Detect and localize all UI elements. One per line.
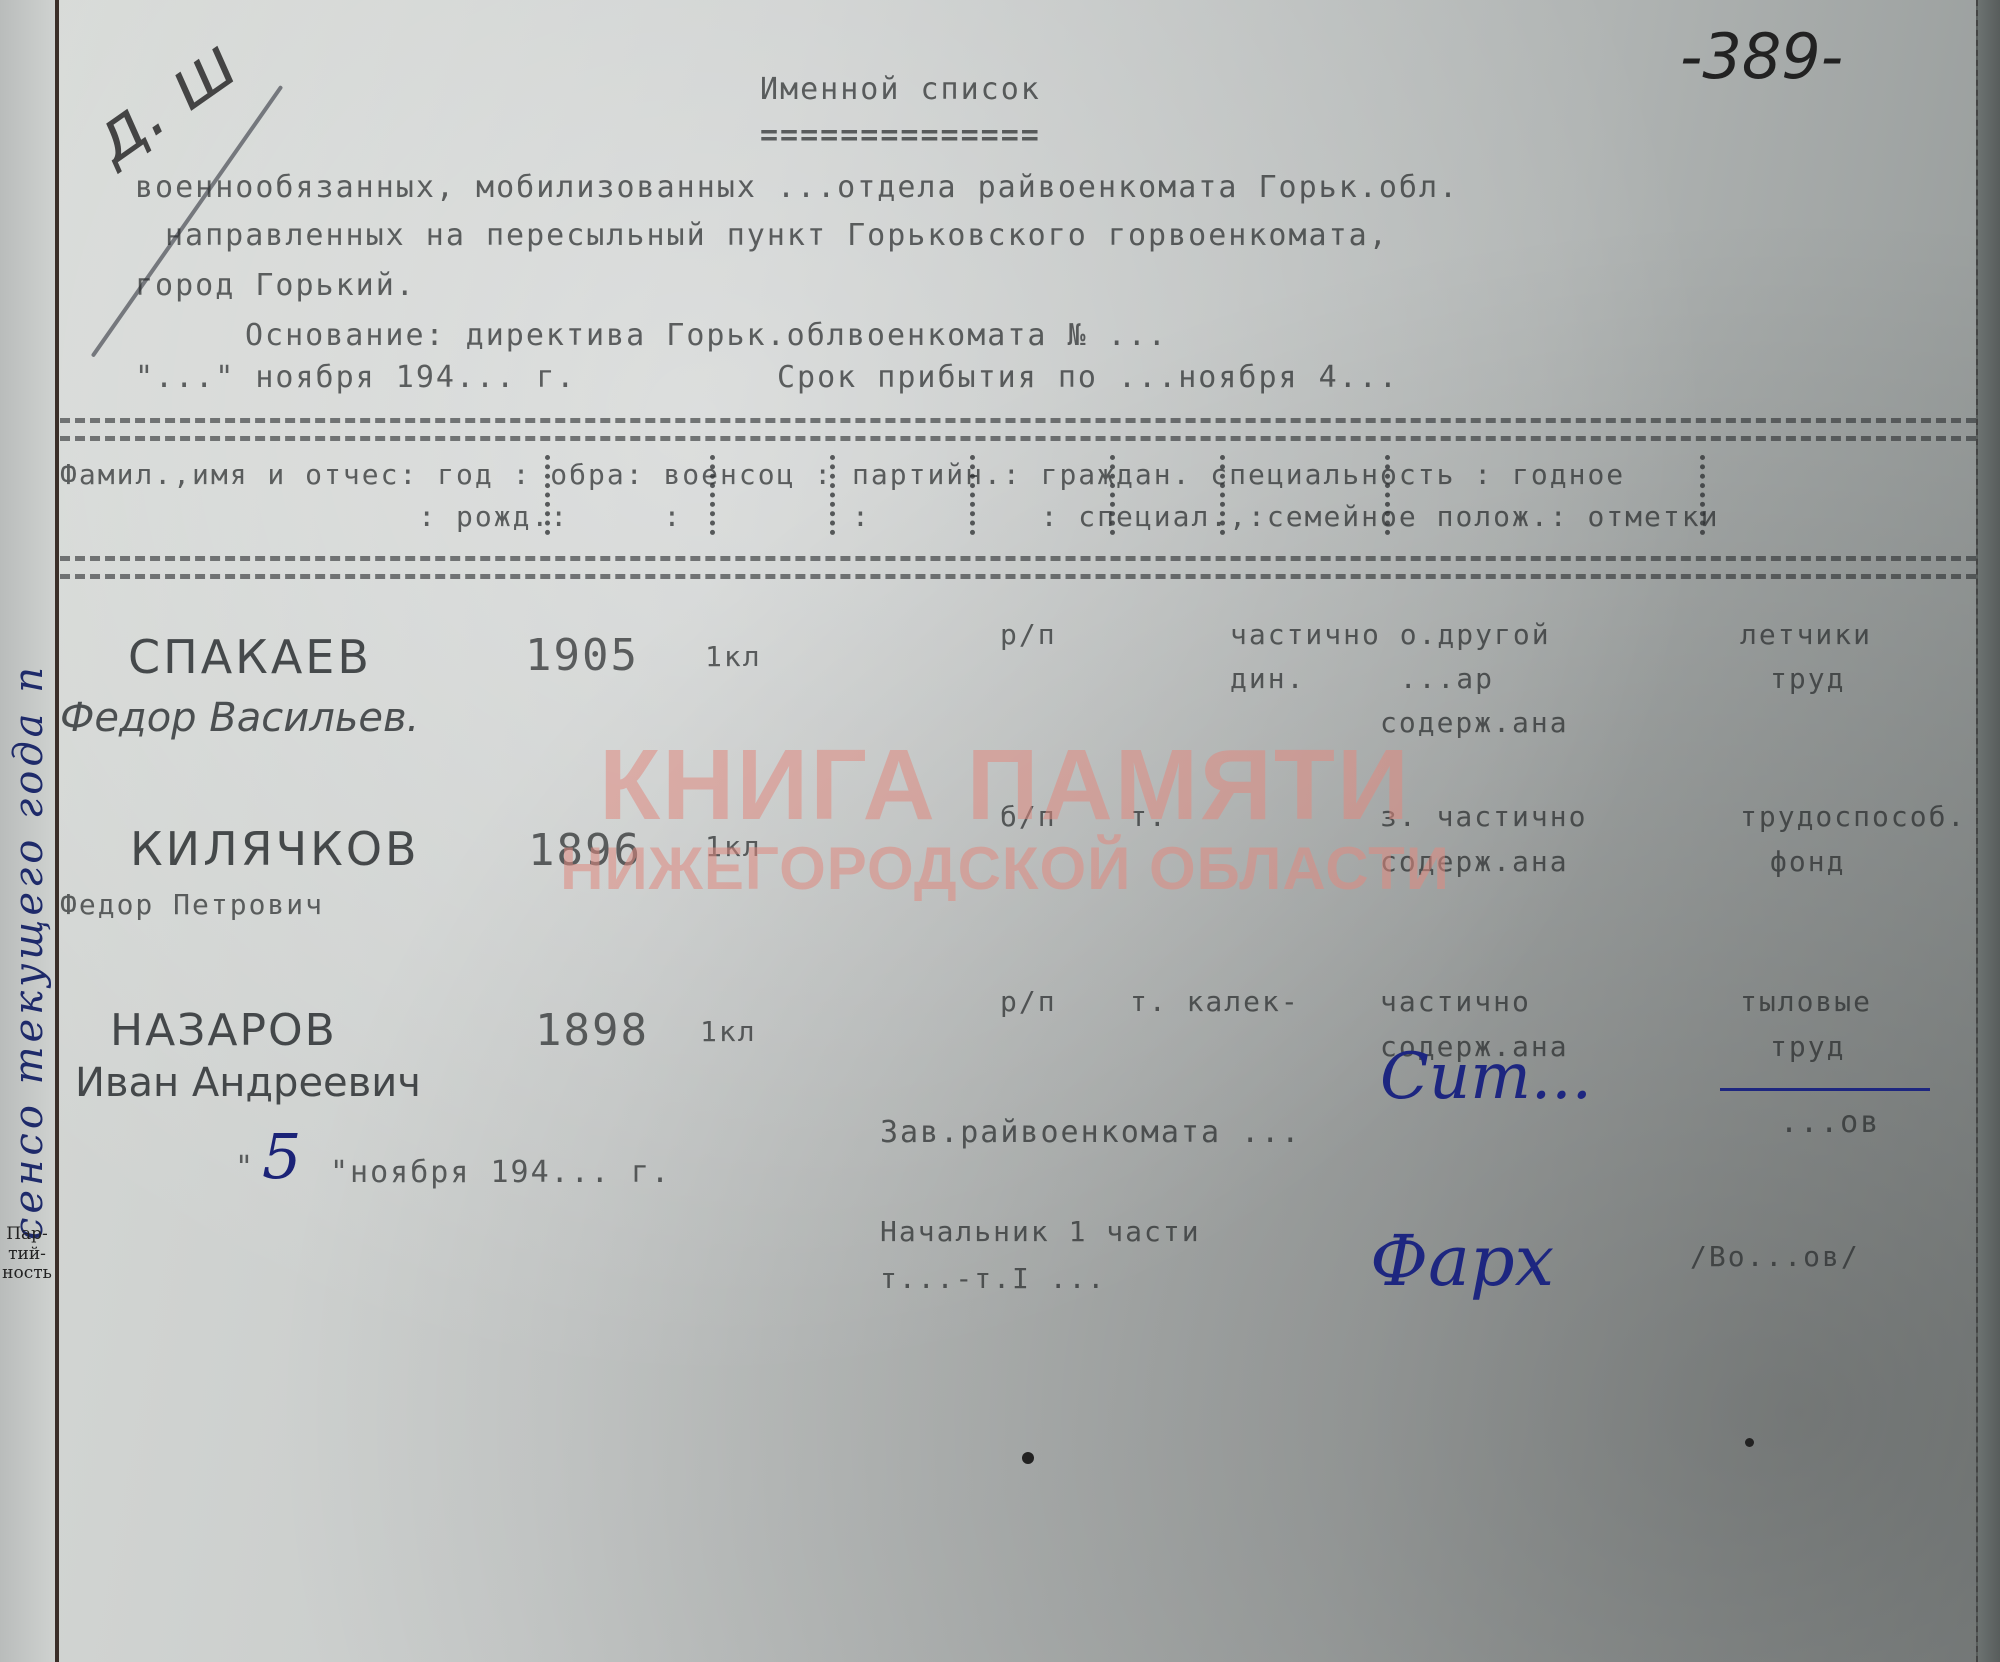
row-details-1: частично <box>1380 985 1531 1018</box>
signer1-name: ...ов <box>1780 1105 1880 1140</box>
table-top-rule-2 <box>60 436 1976 441</box>
row-status-2: труд <box>1770 1030 1845 1063</box>
paper-speck <box>1745 1438 1754 1447</box>
corner-annotation: д. ш <box>76 22 252 179</box>
title-underline: ============== <box>760 118 1041 153</box>
table-header-bottom-rule-2 <box>60 574 1976 579</box>
row-status-1: летчики <box>1740 618 1872 651</box>
column-separator <box>545 455 550 535</box>
row-details-1: частично о.другой <box>1230 618 1551 651</box>
header-line-4: Основание: директива Горьк.облвоенкомата… <box>245 318 1168 353</box>
header-line-1: военнообязанных, мобилизованных ...отдел… <box>135 170 1459 205</box>
row-birth-year: 1898 <box>535 1005 649 1056</box>
signer2-title-line-2: т...-т.I ... <box>880 1262 1106 1295</box>
signature-1-stroke <box>1720 1088 1930 1091</box>
row-details-3: содерж.ана <box>1380 706 1569 739</box>
footer-date-quote: " <box>235 1150 255 1185</box>
column-separator <box>1700 455 1705 535</box>
row-surname: СПАКАЕВ <box>128 630 372 684</box>
table-header-bottom-rule <box>60 556 1976 561</box>
watermark-line-2: НИЖЕГОРОДСКОЙ ОБЛАСТИ <box>500 839 1510 899</box>
signature-1: Сит... <box>1380 1040 1592 1114</box>
row-given-name: Федор Васильев. <box>60 695 419 741</box>
row-given-name: Иван Андреевич <box>75 1060 421 1106</box>
header-line-2: направленных на пересыльный пункт Горько… <box>165 218 1389 253</box>
header-line-3: город Горький. <box>135 268 416 303</box>
column-separator <box>1110 455 1115 535</box>
row-status-1: трудоспособ. <box>1740 800 1966 833</box>
margin-printed-label: Пар- тий- ность <box>2 1225 52 1284</box>
row-status-2: фонд <box>1770 845 1845 878</box>
row-col3: 1кл <box>705 830 762 863</box>
row-col5: т. <box>1130 800 1168 833</box>
table-top-rule <box>60 418 1976 423</box>
archive-page-number: -389- <box>1680 20 1843 93</box>
row-birth-year: 1896 <box>528 825 642 876</box>
row-col4: б/п <box>1000 800 1057 833</box>
document-photo: сенсо текущего года n Пар- тий- ность -3… <box>0 0 2000 1662</box>
document-title: Именной список <box>760 72 1041 107</box>
signer2-title-line-1: Начальник 1 части <box>880 1215 1201 1248</box>
row-details-2: дин. ...ар <box>1230 662 1494 695</box>
row-details-1: з. частично <box>1380 800 1587 833</box>
row-status-2: труд <box>1770 662 1845 695</box>
margin-handwritten-note: сенсо текущего года n <box>6 420 46 1240</box>
row-surname: НАЗАРОВ <box>110 1005 337 1056</box>
column-separator <box>710 455 715 535</box>
row-surname: КИЛЯЧКОВ <box>130 822 420 876</box>
column-separator <box>1220 455 1225 535</box>
footer-date-day: 5 <box>262 1120 301 1193</box>
column-separator <box>970 455 975 535</box>
row-col3: 1кл <box>705 640 762 673</box>
table-header-row-1: Фамил.,имя и отчес: год : обра: военсоц … <box>60 458 1644 491</box>
header-line-5: "..." ноября 194... г. Срок прибытия по … <box>135 360 1399 395</box>
row-details-2: содерж.ана <box>1380 845 1569 878</box>
paper-speck <box>1022 1452 1034 1464</box>
signer2-name: /Во...ов/ <box>1690 1240 1860 1273</box>
footer-date-rest: "ноября 194... г. <box>330 1155 671 1190</box>
table-header-row-2: : рожд.: : : : специал.,:семейное полож.… <box>60 500 1719 533</box>
signer1-title: Зав.райвоенкомата ... <box>880 1115 1301 1150</box>
row-col5: т. калек- <box>1130 985 1300 1018</box>
column-separator <box>1385 455 1390 535</box>
row-birth-year: 1905 <box>525 630 639 681</box>
row-col3: 1кл <box>700 1015 757 1048</box>
row-given-name: Федор Петрович <box>60 888 324 921</box>
signature-2: Фарх <box>1370 1220 1554 1302</box>
row-status-1: тыловые <box>1740 985 1872 1018</box>
row-col4: р/п <box>1000 985 1057 1018</box>
column-separator <box>830 455 835 535</box>
row-col4: р/п <box>1000 618 1057 651</box>
page-right-edge <box>1976 0 2000 1662</box>
